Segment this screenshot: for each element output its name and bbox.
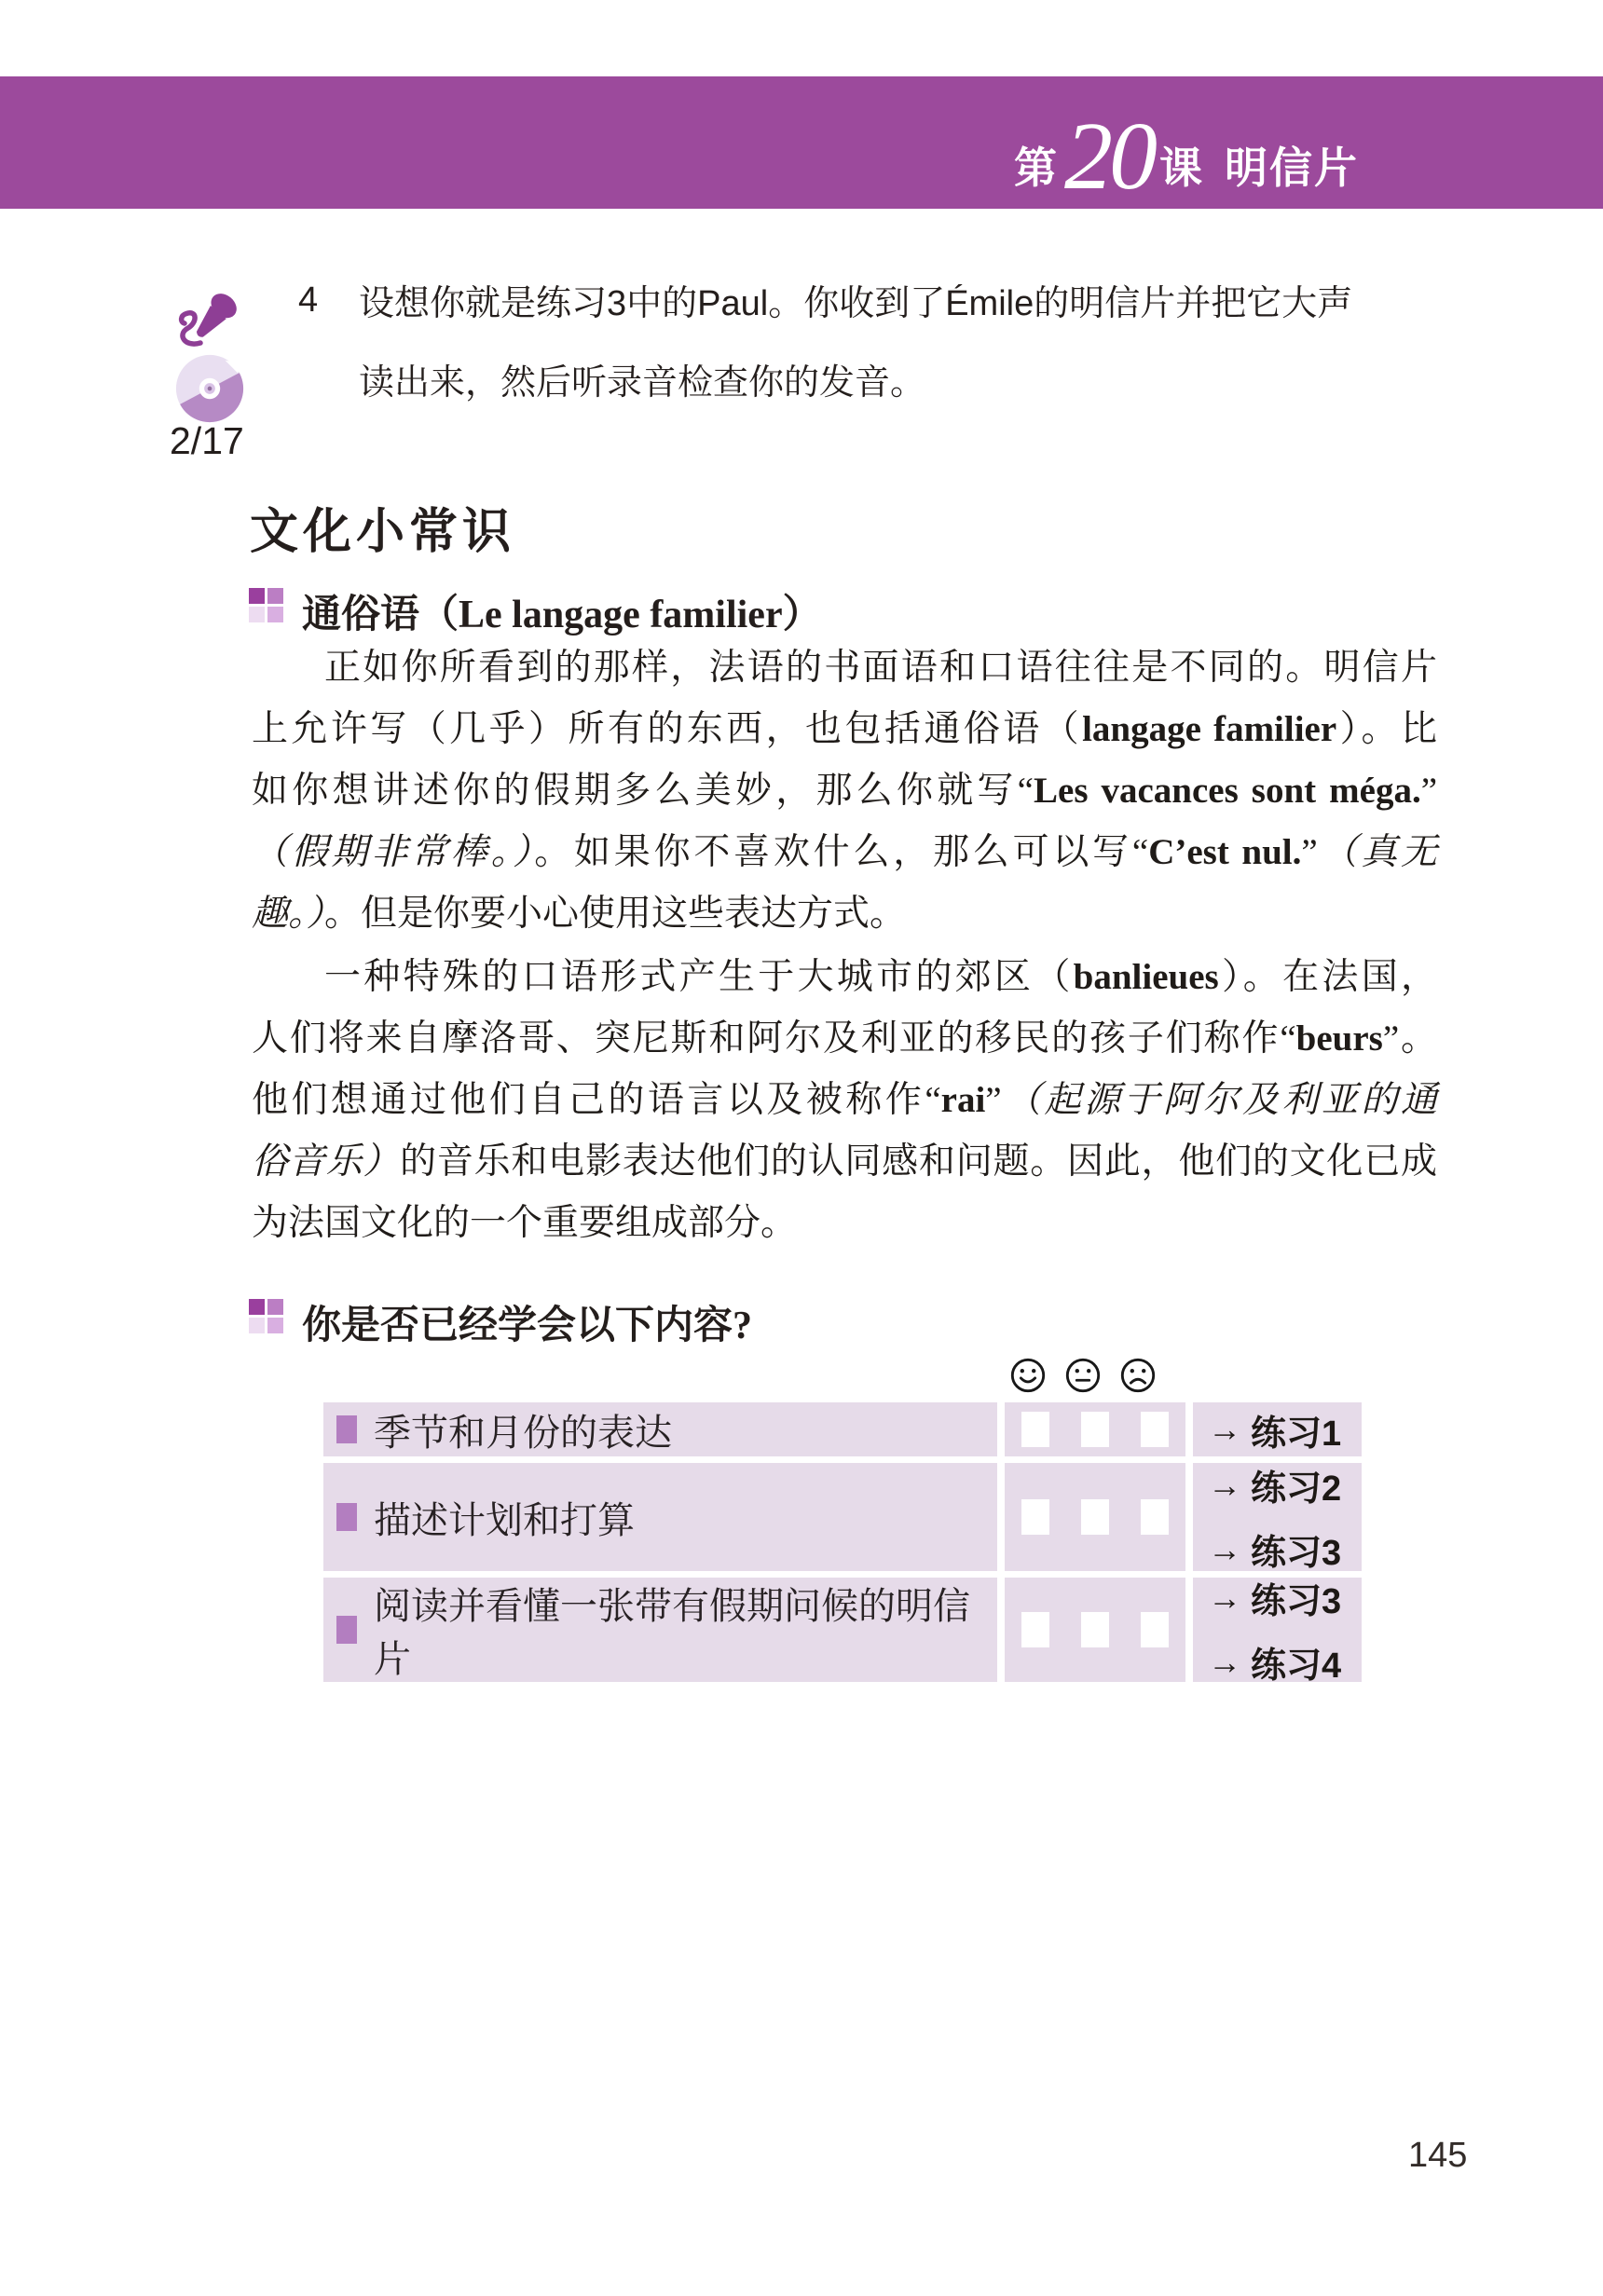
text-run: Les vacances sont méga. <box>1034 771 1421 811</box>
text-run: 如你想讲述你的假期多么美妙，那么你就写“ <box>252 771 1034 811</box>
text-run: ” <box>1301 832 1317 872</box>
rating-checkbox <box>1141 1612 1169 1647</box>
lesson-suffix: 课 <box>1159 134 1204 196</box>
lesson-title: 明信片 <box>1225 134 1359 196</box>
paragraph-line: 人们将来自摩洛哥、突尼斯和阿尔及利亚的移民的孩子们称作“beurs”。 <box>252 1008 1437 1070</box>
table-row-topic: 季节和月份的表达 <box>323 1402 997 1456</box>
culture-heading: 文化小常识 <box>250 492 515 562</box>
text-run: langage familier <box>1082 709 1336 749</box>
square-bullet-icon <box>336 1616 357 1644</box>
text-run: ”。 <box>1383 1018 1437 1059</box>
rating-checkbox <box>1021 1499 1049 1535</box>
text-run: ” <box>985 1080 1001 1120</box>
paragraph-line: （假期非常棒。）。如果你不喜欢什么，那么可以写“C’est nul.”（真无 <box>252 822 1437 883</box>
text-run: 上允许写（几乎）所有的东西，也包括通俗语（ <box>252 709 1082 749</box>
square-bullet-icon <box>336 1503 357 1531</box>
exercise-links: → 练习1 <box>1193 1402 1362 1456</box>
arrow-icon: → <box>1208 1578 1241 1618</box>
exercise-line: 设想你就是练习3中的Paul。你收到了Émile的明信片并把它大声 <box>359 265 1459 344</box>
exercise-link: → 练习3 <box>1208 1572 1362 1623</box>
paragraph-line: 趣。）。但是你要小心使用这些表达方式。 <box>252 883 1437 945</box>
rating-checkboxes <box>1005 1402 1185 1456</box>
paragraph-line: 上允许写（几乎）所有的东西，也包括通俗语（langage familier）。比 <box>252 699 1437 760</box>
text-run: 他们想通过他们自己的语言以及被称作“ <box>252 1080 941 1120</box>
exercise-link: → 练习1 <box>1208 1404 1362 1455</box>
four-square-bullet-icon <box>249 588 283 622</box>
exercise-link: → 练习2 <box>1208 1459 1362 1510</box>
text-run: 。但是你要小心使用这些表达方式。 <box>324 894 906 934</box>
lesson-banner: 第 20 课 明信片 <box>0 76 1603 209</box>
rating-checkbox <box>1081 1499 1109 1535</box>
topic-label: 阅读并看懂一张带有假期问候的明信片 <box>374 1577 997 1683</box>
section-langage-familier: 通俗语（Le langage familier） <box>249 583 822 639</box>
text-run: ” <box>1421 771 1437 811</box>
text-run: C’est nul. <box>1148 832 1301 872</box>
text-run: 俗音乐） <box>252 1141 400 1182</box>
table-row-topic: 描述计划和打算 <box>323 1463 997 1571</box>
exercise-link-label: 练习3 <box>1251 1572 1341 1623</box>
paragraph-line: 为法国文化的一个重要组成部分。 <box>252 1193 1437 1254</box>
text-run: beurs <box>1296 1018 1383 1059</box>
paragraph-line: 如你想讲述你的假期多么美妙，那么你就写“Les vacances sont mé… <box>252 760 1437 822</box>
paragraph: 一种特殊的口语形式产生于大城市的郊区（banlieues）。在法国， 人们将来自… <box>252 947 1437 1254</box>
text-run: （假期非常棒。） <box>252 832 534 872</box>
exercise-links: → 练习3 → 练习4 <box>1193 1578 1362 1682</box>
lesson-prefix: 第 <box>1014 134 1059 196</box>
exercise-text: 设想你就是练习3中的Paul。你收到了Émile的明信片并把它大声 读出来，然后… <box>359 265 1459 423</box>
table-row-topic: 阅读并看懂一张带有假期问候的明信片 <box>323 1578 997 1682</box>
text-run: （起源于阿尔及利亚的通 <box>1002 1080 1437 1120</box>
text-run: 一种特殊的口语形式产生于大城市的郊区（ <box>324 957 1074 997</box>
exercise-link: → 练习4 <box>1208 1636 1362 1688</box>
paragraph: 正如你所看到的那样，法语的书面语和口语往往是不同的。明信片 上允许写（几乎）所有… <box>252 637 1437 945</box>
rating-checkboxes <box>1005 1578 1185 1682</box>
arrow-icon: → <box>1208 1643 1241 1682</box>
rating-checkbox <box>1081 1412 1109 1447</box>
sad-face-icon <box>1118 1356 1158 1395</box>
lesson-banner-title: 第 20 课 明信片 <box>1014 112 1359 196</box>
four-square-bullet-icon <box>249 1299 283 1333</box>
exercise-link-label: 练习1 <box>1251 1404 1341 1455</box>
text-run: 正如你所看到的那样，法语的书面语和口语往往是不同的。明信片 <box>324 648 1437 688</box>
exercise-line: 读出来，然后听录音检查你的发音。 <box>359 344 1459 423</box>
subheading-title: 你是否已经学会以下内容? <box>302 1294 752 1350</box>
rating-checkbox <box>1021 1412 1049 1447</box>
cd-icon <box>173 352 246 425</box>
rating-faces <box>1008 1356 1158 1395</box>
topic-label: 描述计划和打算 <box>374 1491 635 1544</box>
text-run: 人们将来自摩洛哥、突尼斯和阿尔及利亚的移民的孩子们称作“ <box>252 1018 1296 1059</box>
rating-checkbox <box>1021 1612 1049 1647</box>
subheading-title: 通俗语（Le langage familier） <box>302 583 822 639</box>
paragraph-line: 他们想通过他们自己的语言以及被称作“rai”（起源于阿尔及利亚的通 <box>252 1070 1437 1131</box>
text-run: banlieues <box>1074 957 1219 997</box>
text-run: 趣。） <box>252 894 324 934</box>
happy-face-icon <box>1008 1356 1048 1395</box>
checklist-table: 季节和月份的表达 → 练习1 描述计划和打算 → 练习2 <box>323 1402 1362 1682</box>
rating-checkbox <box>1141 1412 1169 1447</box>
text-run: 为法国文化的一个重要组成部分。 <box>252 1203 797 1243</box>
paragraph-line: 一种特殊的口语形式产生于大城市的郊区（banlieues）。在法国， <box>252 947 1437 1008</box>
page-number: 145 <box>1408 2136 1467 2176</box>
text-run: rai <box>941 1080 986 1120</box>
text-run: 的音乐和电影表达他们的认同感和问题。因此，他们的文化已成 <box>400 1141 1437 1182</box>
arrow-icon: → <box>1208 1530 1241 1569</box>
text-run: 。如果你不喜欢什么，那么可以写“ <box>534 832 1148 872</box>
paragraph-line: 正如你所看到的那样，法语的书面语和口语往往是不同的。明信片 <box>252 637 1437 699</box>
paragraph-line: 俗音乐）的音乐和电影表达他们的认同感和问题。因此，他们的文化已成 <box>252 1131 1437 1193</box>
audio-track-number: 2/17 <box>170 419 244 463</box>
exercise-number: 4 <box>298 280 318 321</box>
exercise-link-label: 练习3 <box>1251 1524 1341 1575</box>
neutral-face-icon <box>1063 1356 1103 1395</box>
rating-checkbox <box>1081 1612 1109 1647</box>
arrow-icon: → <box>1208 1410 1241 1449</box>
arrow-icon: → <box>1208 1466 1241 1505</box>
text-run: （真无 <box>1318 832 1437 872</box>
exercise-link: → 练习3 <box>1208 1524 1362 1575</box>
square-bullet-icon <box>336 1415 357 1443</box>
microphone-icon <box>175 291 246 354</box>
exercise-links: → 练习2 → 练习3 <box>1193 1463 1362 1571</box>
rating-checkbox <box>1141 1499 1169 1535</box>
topic-label: 季节和月份的表达 <box>374 1403 672 1456</box>
lesson-number: 20 <box>1064 117 1154 195</box>
text-run: ）。在法国， <box>1219 957 1437 997</box>
text-run: ）。比 <box>1336 709 1437 749</box>
section-checklist: 你是否已经学会以下内容? <box>249 1294 752 1350</box>
rating-checkboxes <box>1005 1463 1185 1571</box>
exercise-link-label: 练习4 <box>1251 1636 1341 1688</box>
exercise-link-label: 练习2 <box>1251 1459 1341 1510</box>
textbook-page: 第 20 课 明信片 2/17 4 设想你就是练习3中的Paul。你收到了Émi… <box>0 0 1603 2296</box>
